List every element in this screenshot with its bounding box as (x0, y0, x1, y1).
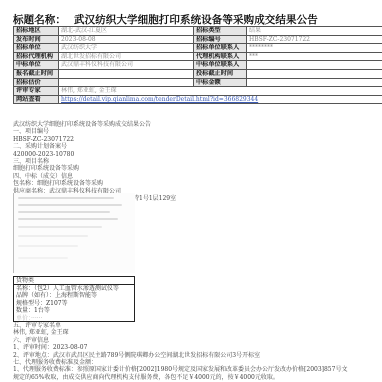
body-line: 一、项目编号 (13, 128, 382, 135)
body-line: 420000-2023-10780 (13, 151, 382, 158)
field-value: 2023-08-08 (59, 35, 194, 44)
title-text: 武汉纺织大学细胞打印系统设备等采购成交结果公告 (74, 14, 318, 26)
body-line: 1、评审时间：2023-08-07 (13, 344, 382, 351)
field-value: *** (247, 52, 382, 61)
field-value: ******** (247, 44, 382, 53)
field-label: 招标代理机构 (14, 52, 59, 61)
field-label: 评审专家 (14, 87, 59, 96)
page-title: 标题名称：武汉纺织大学细胞打印系统设备等采购成交结果公告 (13, 12, 318, 27)
goods-line: 单价：······ (14, 315, 134, 322)
field-label: 招标类型 (194, 27, 247, 36)
goods-line: 数量：1台等 (14, 307, 134, 314)
field-value: 武汉鼎丰科仪科技有限公司 (59, 61, 194, 70)
table-row: 招标单位 武汉纺织大学 招标单位联系人 ******** (14, 44, 382, 53)
goods-box: 货物类 名称：（包2）人工血管水渗透测试仪等 品牌（如有）：上海程斯智能等 规格… (13, 276, 135, 322)
table-row: 招标代理机构 湖北世发招标有限公司 代理机构联系人 *** (14, 52, 382, 61)
field-label: 招标编号 (194, 35, 247, 44)
field-label: 招标单位 (14, 44, 59, 53)
field-value (59, 69, 194, 78)
blurred-content (13, 193, 135, 273)
goods-header: 货物类 (14, 277, 134, 285)
field-value (247, 61, 382, 70)
info-table: 招标地区 湖北-武汉-江夏区 招标类型 结果 发布时间 2023-08-08 招… (13, 26, 382, 104)
body-line: 武汉纺织大学细胞打印系统设备等采购成交结果公告 (13, 121, 382, 128)
table-row: 中标单位 武汉鼎丰科仪科技有限公司 中标单位联系人 (14, 61, 382, 70)
field-label: 代理机构联系人 (194, 52, 247, 61)
field-label: 报名截止时间 (14, 69, 59, 78)
field-value (59, 78, 194, 87)
field-value: 湖北-武汉-江夏区 (59, 27, 194, 36)
field-label: 中标单位联系人 (194, 61, 247, 70)
field-label: 招标单位联系人 (194, 44, 247, 53)
field-label: 招标估价 (14, 78, 59, 87)
field-value: 湖北世发招标有限公司 (59, 52, 194, 61)
body-line: 二、采购计划备案号 (13, 143, 382, 150)
field-value: HBSF-ZC-23071722 (247, 35, 382, 44)
body-line: 细胞打印系统设备等采购 (13, 165, 382, 172)
body-line: 林伟, 郑亚虹, 金王琛 (13, 329, 382, 336)
field-label: 招标地区 (14, 27, 59, 36)
goods-line: 品牌（如有）：上海程斯智能等 (14, 292, 134, 299)
field-label: 发布时间 (14, 35, 59, 44)
body-line: HBSF-ZC-23071722 (13, 136, 382, 143)
title-label: 标题名称： (13, 14, 66, 26)
table-row: 报名截止时间 投标截止时间 (14, 69, 382, 78)
body-line: 2、评审地点：武汉市武昌区民主路789号侧院琪卿办公空间湖北世发招标有限公司3号… (13, 352, 382, 359)
table-row: 网站查看 https://detail.vip.qianlima.com/ten… (14, 95, 382, 104)
table-row: 招标估价 中标金额 (14, 78, 382, 87)
website-label: 网站查看 (14, 95, 59, 104)
announcement-lower: 五、评审专家名单 林伟, 郑亚虹, 金王琛 六、评审信息 1、评审时间：2023… (13, 322, 382, 381)
website-link[interactable]: https://detail.vip.qianlima.com/tenderDe… (59, 95, 382, 104)
table-row: 评审专家 林伟, 郑亚虹, 金王琛 (14, 87, 382, 96)
field-label: 投标截止时间 (194, 69, 247, 78)
field-value: 武汉纺织大学 (59, 44, 194, 53)
table-row: 发布时间 2023-08-08 招标编号 HBSF-ZC-23071722 (14, 35, 382, 44)
body-line: 规定的65%收取，由成交供应商向代理机构支付服务费，各包不足￥4000元的，按￥… (13, 374, 382, 381)
field-label: 中标单位 (14, 61, 59, 70)
field-value (247, 69, 382, 78)
body-line: 1、代理服务收费标准：参照原国家计委计价格[2002]1980号规定及国家发展和… (13, 366, 382, 373)
field-value: 林伟, 郑亚虹, 金王琛 (59, 87, 382, 96)
field-value (247, 78, 382, 87)
field-label: 中标金额 (194, 78, 247, 87)
body-line: 包名称：细胞打印系统设备等采购 (13, 180, 382, 187)
table-row: 招标地区 湖北-武汉-江夏区 招标类型 结果 (14, 27, 382, 36)
field-value: 结果 (247, 27, 382, 36)
